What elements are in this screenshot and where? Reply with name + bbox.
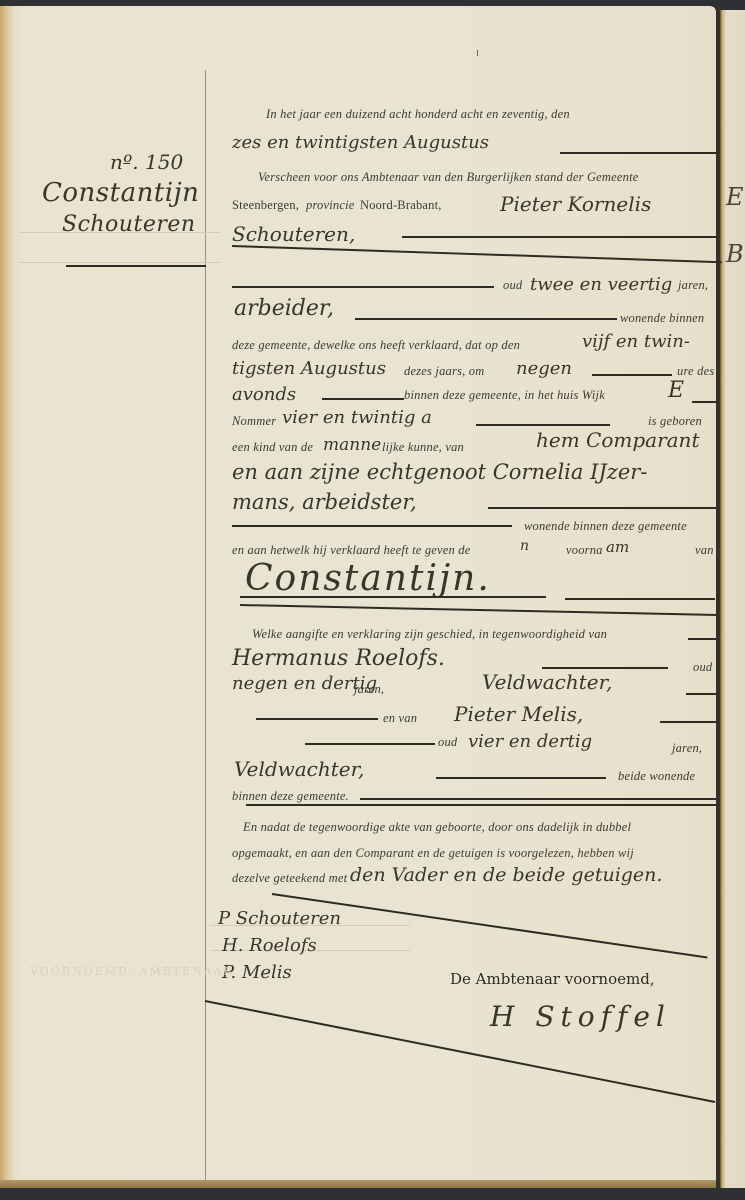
next-page-fragment: E xyxy=(726,183,744,211)
handwritten-time-of-day: avonds xyxy=(232,384,296,405)
handwritten-father-name: Pieter Kornelis xyxy=(500,192,651,216)
printed-line: oud xyxy=(438,735,457,750)
signature-witness1: H. Roelofs xyxy=(222,935,317,956)
fill-line xyxy=(402,236,718,238)
official-label: De Ambtenaar voornoemd, xyxy=(450,970,655,988)
fill-line xyxy=(686,693,716,695)
page-stack-edge xyxy=(0,1180,716,1188)
printed-line: opgemaakt, en aan den Comparant en de ge… xyxy=(232,846,634,861)
handwritten-mother-occupation: mans, arbeidster, xyxy=(232,490,417,514)
printed-line: binnen deze gemeente. xyxy=(232,789,349,804)
handwritten-father-surname: Schouteren, xyxy=(232,222,355,246)
fill-line xyxy=(592,374,672,376)
fill-line xyxy=(232,525,512,527)
printed-line: wonende binnen xyxy=(620,311,704,326)
margin-underline xyxy=(66,265,206,267)
printed-line: provincie xyxy=(306,198,355,213)
fill-line xyxy=(565,598,715,600)
fill-line xyxy=(476,424,610,426)
printed-line: voorna xyxy=(566,543,603,558)
margin-child-first-name: Constantijn xyxy=(42,178,199,208)
signature-official: H Stoffel xyxy=(490,1000,671,1033)
printed-line: dezelve geteekend met xyxy=(232,871,347,886)
printed-line: jaren, xyxy=(678,278,708,293)
printed-line: wonende binnen deze gemeente xyxy=(524,519,687,534)
fill-line xyxy=(360,798,716,800)
handwritten-occupation: arbeider, xyxy=(234,296,334,321)
printed-line: deze gemeente, dewelke ons heeft verklaa… xyxy=(232,338,520,353)
fill-line xyxy=(246,804,716,806)
handwritten-mother: en aan zijne echtgenoot Cornelia IJzer- xyxy=(232,460,647,484)
handwritten-witness2: Pieter Melis, xyxy=(454,702,583,726)
record-number: nº. 150 xyxy=(110,150,183,174)
handwritten-age: twee en veertig xyxy=(530,274,672,295)
printed-line: en aan hetwelk hij verklaard heeft te ge… xyxy=(232,543,471,558)
margin-child-surname: Schouteren xyxy=(62,212,196,237)
printed-line: dezes jaars, om xyxy=(404,364,484,379)
fill-line xyxy=(688,638,716,640)
printed-line: beide wonende xyxy=(618,769,695,784)
handwritten-wijk: E xyxy=(668,378,684,403)
handwritten-hour: negen xyxy=(516,358,572,379)
printed-line: een kind van de xyxy=(232,440,313,455)
printed-line: jaren, xyxy=(354,682,384,697)
fill-line xyxy=(232,286,494,288)
fill-line xyxy=(305,743,435,745)
printed-line: ure des xyxy=(677,364,714,379)
page-mark xyxy=(477,50,478,56)
handwritten-birth-month: tigsten Augustus xyxy=(232,358,386,379)
signature-father: P Schouteren xyxy=(218,908,341,929)
printed-line: lijke kunne, van xyxy=(382,440,464,455)
handwritten-n: n xyxy=(520,538,529,554)
next-page-fragment: B xyxy=(726,240,744,268)
printed-province: Noord-Brabant, xyxy=(360,198,442,213)
printed-line: van xyxy=(695,543,714,558)
fill-line xyxy=(542,667,668,669)
fill-line xyxy=(560,152,718,154)
fill-line xyxy=(355,318,617,320)
printed-line: Verscheen voor ons Ambtenaar van den Bur… xyxy=(258,170,639,185)
handwritten-house-number: vier en twintig a xyxy=(282,407,432,428)
printed-line: Welke aangifte en verklaring zijn geschi… xyxy=(252,627,607,642)
margin-rule xyxy=(205,70,206,1180)
fill-line xyxy=(436,777,606,779)
printed-line: jaren, xyxy=(672,741,702,756)
fill-line xyxy=(240,596,546,598)
handwritten-witness2-occupation: Veldwachter, xyxy=(234,757,364,781)
handwritten-birth-day: vijf en twin- xyxy=(582,331,690,352)
handwritten-witness1: Hermanus Roelofs. xyxy=(232,646,445,671)
printed-line: oud xyxy=(693,660,712,675)
fill-line xyxy=(488,507,716,509)
fill-line xyxy=(256,718,378,720)
handwritten-child-name: Constantijn. xyxy=(245,558,491,599)
handwritten-father-ref: hem Comparant xyxy=(536,428,699,452)
printed-line: En nadat de tegenwoordige akte van geboo… xyxy=(243,820,631,835)
fill-line xyxy=(322,398,404,400)
handwritten-witness1-occupation: Veldwachter, xyxy=(482,670,612,694)
bleed-through-text: VOORNOEMD, AMBTENAAR xyxy=(30,965,234,978)
fill-line xyxy=(660,721,716,723)
printed-line: binnen deze gemeente, in het huis Wijk xyxy=(404,388,605,403)
handwritten-date: zes en twintigsten Augustus xyxy=(232,132,489,153)
handwritten-sex: manne xyxy=(323,435,381,455)
handwritten-am: am xyxy=(606,538,629,556)
printed-line: en van xyxy=(383,711,417,726)
printed-line: is geboren xyxy=(648,414,702,429)
ruled-line xyxy=(20,262,220,263)
handwritten-signers: den Vader en de beide getuigen. xyxy=(350,864,662,886)
printed-line: In het jaar een duizend acht honderd ach… xyxy=(266,107,570,122)
printed-line: Nommer xyxy=(232,414,276,429)
fill-line xyxy=(692,401,718,403)
handwritten-witness2-age: vier en dertig xyxy=(468,731,592,752)
printed-municipality: Steenbergen, xyxy=(232,198,299,213)
printed-line: oud xyxy=(503,278,522,293)
